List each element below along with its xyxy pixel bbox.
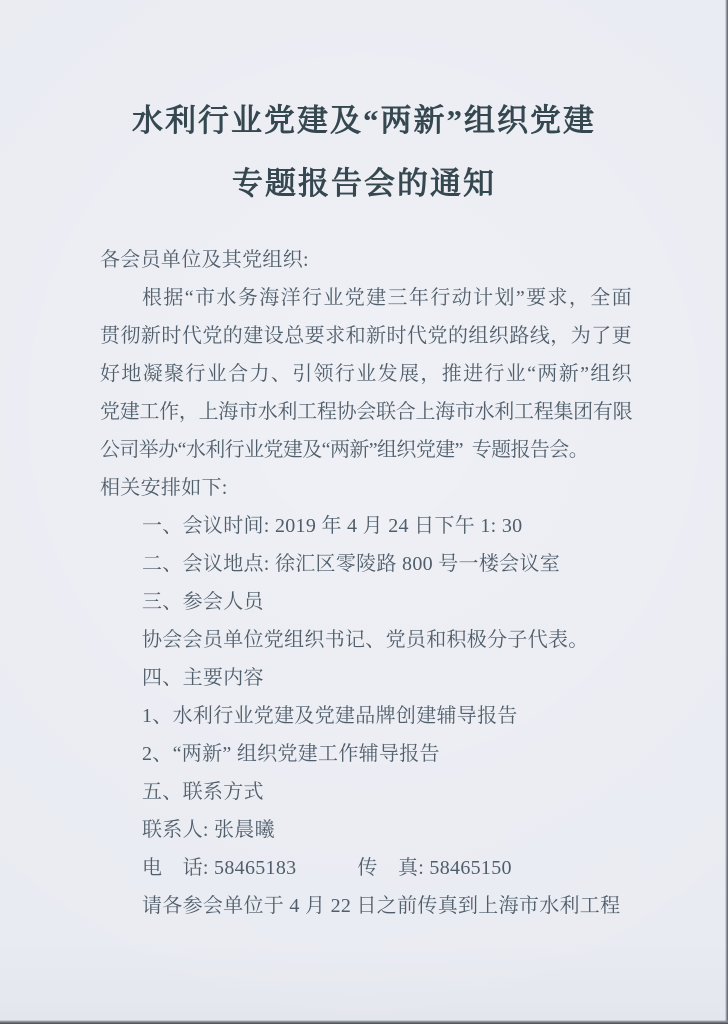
- item-attendees-text: 协会会员单位党组织书记、党员和积极分子代表。: [100, 621, 632, 659]
- paragraph-line: 公司举办“水利行业党建及“两新”组织党建” 专题报告会。: [100, 431, 632, 469]
- scan-edge-bottom: [0, 1020, 728, 1024]
- item-content-1: 1、水利行业党建及党建品牌创建辅导报告: [100, 697, 632, 735]
- scanned-notice-page: 水利行业党建及“两新”组织党建 专题报告会的通知 各会员单位及其党组织: 根据“…: [0, 0, 728, 1024]
- paragraph-line: 贯彻新时代党的建设总要求和新时代党的组织路线，为了更: [100, 317, 632, 355]
- item-content-2: 2、“两新” 组织党建工作辅导报告: [100, 735, 632, 773]
- phone-fax-line: 电 话: 58465183 传 真: 58465150: [100, 849, 632, 887]
- paragraph-line: 相关安排如下:: [100, 469, 632, 507]
- paragraph-line: 党建工作，上海市水利工程协会联合上海市水利工程集团有限: [100, 393, 632, 431]
- paragraph-line: 好地凝聚行业合力、引领行业发展，推进行业“两新”组织: [100, 355, 632, 393]
- notice-body: 各会员单位及其党组织: 根据“市水务海洋行业党建三年行动计划”要求，全面 贯彻新…: [100, 241, 632, 925]
- item-meeting-time: 一、会议时间: 2019 年 4 月 24 日下午 1: 30: [100, 507, 632, 545]
- notice-title-line1: 水利行业党建及“两新”组织党建: [0, 97, 728, 160]
- item-content-head: 四、主要内容: [100, 659, 632, 697]
- contact-person-line: 联系人: 张晨曦: [100, 811, 632, 849]
- deadline-line: 请各参会单位于 4 月 22 日之前传真到上海市水利工程: [100, 887, 632, 925]
- notice-title-line2: 专题报告会的通知: [0, 160, 728, 223]
- item-meeting-place: 二、会议地点: 徐汇区零陵路 800 号一楼会议室: [100, 545, 632, 583]
- item-attendees-head: 三、参会人员: [100, 583, 632, 621]
- paragraph-line: 根据“市水务海洋行业党建三年行动计划”要求，全面: [100, 279, 632, 317]
- salutation-line: 各会员单位及其党组织:: [100, 241, 632, 279]
- notice-title: 水利行业党建及“两新”组织党建 专题报告会的通知: [0, 97, 728, 223]
- item-contact-head: 五、联系方式: [100, 773, 632, 811]
